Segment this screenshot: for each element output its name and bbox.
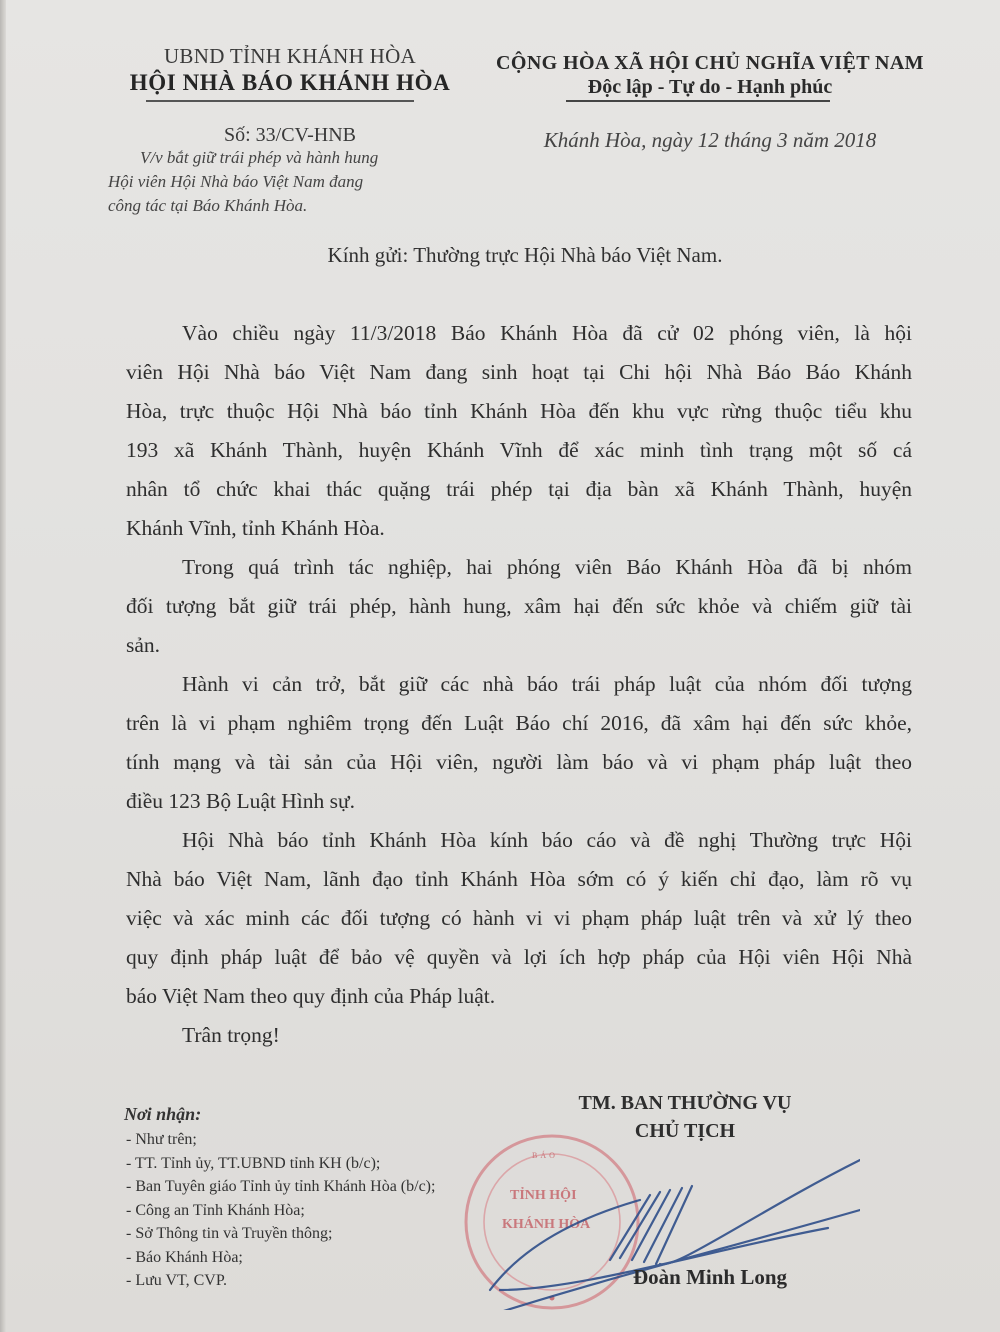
recipient-item: - TT. Tỉnh ủy, TT.UBND tỉnh KH (b/c); (126, 1152, 435, 1176)
recipient-item: - Sở Thông tin và Truyền thông; (126, 1222, 435, 1246)
organization-name: HỘI NHÀ BÁO KHÁNH HÒA (100, 70, 480, 96)
signer-role: TM. BAN THƯỜNG VỤ (520, 1092, 850, 1115)
recipient-item: - Ban Tuyên giáo Tỉnh ủy tỉnh Khánh Hòa … (126, 1175, 435, 1199)
recipient-item: - Công an Tỉnh Khánh Hòa; (126, 1199, 435, 1223)
body-line: việc và xác minh các đối tượng có hành v… (126, 899, 912, 938)
body-line: Hội Nhà báo tỉnh Khánh Hòa kính báo cáo … (126, 821, 912, 860)
recipient-item: - Báo Khánh Hòa; (126, 1246, 435, 1270)
recipients-heading: Nơi nhận: (124, 1104, 201, 1125)
parent-organization: UBND TỈNH KHÁNH HÒA (100, 44, 480, 69)
stamp-text-line1: TỈNH HỘI (510, 1188, 577, 1204)
national-motto: Độc lập - Tự do - Hạnh phúc (470, 76, 950, 99)
document-number: Số: 33/CV-HNB (100, 124, 480, 147)
recipients-list: - Như trên; - TT. Tỉnh ủy, TT.UBND tỉnh … (126, 1128, 435, 1293)
body-line: trên là vi phạm nghiêm trọng đến Luật Bá… (126, 704, 912, 743)
document-subject: V/v bắt giữ trái phép và hành hung Hội v… (108, 146, 448, 218)
signer-title: CHỦ TỊCH (520, 1120, 850, 1143)
body-line: Hòa, trực thuộc Hội Nhà báo tỉnh Khánh H… (126, 392, 912, 431)
body-line: báo Việt Nam theo quy định của Pháp luật… (126, 977, 912, 1016)
body-line: nhân tổ chức khai thác quặng trái phép t… (126, 470, 912, 509)
motto-underline (566, 100, 830, 102)
national-title: CỘNG HÒA XÃ HỘI CHỦ NGHĨA VIỆT NAM (470, 52, 950, 75)
subject-line: công tác tại Báo Khánh Hòa. (108, 194, 448, 218)
body-line: sản. (126, 626, 912, 665)
body-line: Trong quá trình tác nghiệp, hai phóng vi… (126, 548, 912, 587)
salutation: Kính gửi: Thường trực Hội Nhà báo Việt N… (100, 243, 950, 268)
body-line: điều 123 Bộ Luật Hình sự. (126, 782, 912, 821)
organization-underline (146, 100, 414, 102)
body-line: viên Hội Nhà báo Việt Nam đang sinh hoạt… (126, 353, 912, 392)
body-line: 193 xã Khánh Thành, huyện Khánh Vĩnh để … (126, 431, 912, 470)
place-and-date: Khánh Hòa, ngày 12 tháng 3 năm 2018 (470, 128, 950, 153)
stamp-text-line2: KHÁNH HÒA (502, 1217, 590, 1233)
body-line: Hành vi cản trở, bắt giữ các nhà báo trá… (126, 665, 912, 704)
letter-body: Vào chiều ngày 11/3/2018 Báo Khánh Hòa đ… (126, 314, 912, 1055)
closing-line: Trân trọng! (126, 1016, 912, 1055)
subject-line: Hội viên Hội Nhà báo Việt Nam đang (108, 170, 448, 194)
body-line: Vào chiều ngày 11/3/2018 Báo Khánh Hòa đ… (126, 314, 912, 353)
body-line: đối tượng bắt giữ trái phép, hành hung, … (126, 587, 912, 626)
body-line: Nhà báo Việt Nam, lãnh đạo tỉnh Khánh Hò… (126, 860, 912, 899)
recipient-item: - Như trên; (126, 1128, 435, 1152)
body-line: quy định pháp luật để bảo vệ quyền và lợ… (126, 938, 912, 977)
signer-name: Đoàn Minh Long (580, 1265, 840, 1290)
body-line: tính mạng và tài sản của Hội viên, người… (126, 743, 912, 782)
body-line: Khánh Vĩnh, tỉnh Khánh Hòa. (126, 509, 912, 548)
subject-line: V/v bắt giữ trái phép và hành hung (108, 146, 448, 170)
page-edge-shadow (0, 0, 6, 1332)
recipient-item: - Lưu VT, CVP. (126, 1269, 435, 1293)
